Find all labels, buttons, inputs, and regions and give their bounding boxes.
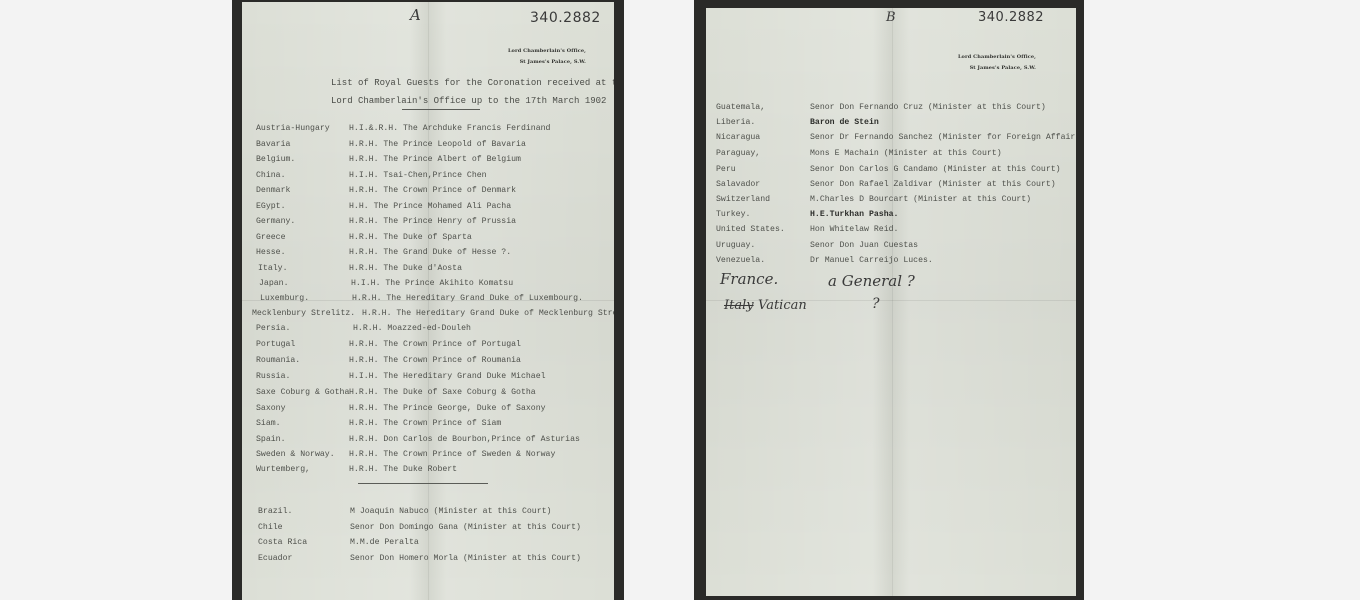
handwritten-general-note: a General ? [828, 272, 915, 290]
guest: H.R.H. The Duke of Sparta [349, 232, 472, 244]
country: Wurtemberg, [256, 464, 310, 476]
country: Nicaragua [716, 132, 760, 144]
guest: H.R.H. The Hereditary Grand Duke of Meck… [362, 308, 614, 320]
country: Roumania. [256, 355, 300, 367]
guest: H.R.H. The Crown Prince of Denmark [349, 185, 516, 197]
country: Luxemburg. [260, 293, 309, 305]
country: Mecklenbury Strelitz. [252, 308, 355, 320]
guest: H.R.H. The Crown Prince of Roumania [349, 355, 521, 367]
country: Brazil. [258, 506, 292, 518]
guest: Senor Don Carlos G Candamo (Minister at … [810, 164, 1061, 176]
country: Hesse. [256, 247, 285, 259]
guest: Senor Don Domingo Gana (Minister at this… [350, 522, 581, 534]
guest: H.R.H. The Prince Henry of Prussia [349, 216, 516, 228]
guest: H.H. The Prince Mohamed Ali Pacha [349, 201, 511, 213]
country: United States. [716, 224, 785, 236]
handwritten-vatican: Vatican [758, 298, 807, 313]
guest: H.R.H. The Crown Prince of Siam [349, 418, 501, 430]
guest: H.I.H. The Prince Akihito Komatsu [351, 278, 513, 290]
page-a: A 340.2882 Lord Chamberlain's Office, St… [242, 2, 614, 600]
guest: M.M.de Peralta [350, 537, 419, 549]
letterhead-line1: Lord Chamberlain's Office, [958, 52, 1036, 63]
guest: H.R.H. The Crown Prince of Portugal [349, 339, 521, 351]
country: Peru [716, 164, 736, 176]
handwritten-struck-italy: Italy [724, 298, 754, 313]
guest: H.R.H. The Prince George, Duke of Saxony [349, 403, 546, 415]
country: Chile [258, 522, 283, 534]
country: Turkey. [716, 209, 750, 221]
guest: H.R.H. The Duke of Saxe Coburg & Gotha [349, 387, 536, 399]
guest: Baron de Stein [810, 117, 879, 129]
guest: H.R.H. The Prince Leopold of Bavaria [349, 139, 526, 151]
page-b: B 340.2882 Lord Chamberlain's Office, St… [706, 8, 1076, 596]
country: Belgium. [256, 154, 295, 166]
guest: Hon Whitelaw Reid. [810, 224, 898, 236]
guest: H.R.H. The Duke Robert [349, 464, 457, 476]
guest: H.E.Turkhan Pasha. [810, 209, 898, 221]
document-viewer: A 340.2882 Lord Chamberlain's Office, St… [0, 0, 1360, 600]
guest: Senor Dr Fernando Sanchez (Minister for … [810, 132, 1076, 144]
guest: H.R.H. The Crown Prince of Sweden & Norw… [349, 449, 555, 461]
guest: Senor Don Rafael Zaldivar (Minister at t… [810, 179, 1056, 191]
country: Austria-Hungary [256, 123, 330, 135]
handwritten-question: ? [872, 296, 880, 312]
country: Germany. [256, 216, 295, 228]
guest: Senor Don Homero Morla (Minister at this… [350, 553, 581, 565]
guest: Mons E Machain (Minister at this Court) [810, 148, 1002, 160]
guest: H.I.&.R.H. The Archduke Francis Ferdinan… [349, 123, 550, 135]
guest: H.I.H. The Hereditary Grand Duke Michael [349, 371, 546, 383]
country: China. [256, 170, 285, 182]
country: Persia. [256, 323, 290, 335]
guest: H.R.H. Don Carlos de Bourbon,Prince of A… [349, 434, 580, 446]
fold-line [892, 8, 893, 596]
country: Salavador [716, 179, 760, 191]
country: Paraguay, [716, 148, 760, 160]
guest: M Joaquin Nabuco (Minister at this Court… [350, 506, 551, 518]
country: Saxony [256, 403, 285, 415]
guest: M.Charles D Bourcart (Minister at this C… [810, 194, 1031, 206]
country: Denmark [256, 185, 290, 197]
country: Siam. [256, 418, 281, 430]
guest: H.R.H. The Prince Albert of Belgium [349, 154, 521, 166]
guest: H.R.H. The Duke d'Aosta [349, 263, 462, 275]
section-divider [358, 483, 488, 484]
letterhead-line1: Lord Chamberlain's Office, [508, 46, 586, 57]
reference-number: 340.2882 [978, 10, 1044, 25]
country: Ecuador [258, 553, 292, 565]
guest: H.R.H. The Grand Duke of Hesse ?. [349, 247, 511, 259]
country: Uruguay. [716, 240, 755, 252]
handwritten-france: France. [720, 270, 778, 288]
country: Costa Rica [258, 537, 307, 549]
country: Greece [256, 232, 285, 244]
country: Liberia. [716, 117, 755, 129]
letterhead-line2: St James's Palace, S.W. [508, 57, 586, 68]
page-label: B [886, 10, 896, 25]
country: Spain. [256, 434, 285, 446]
country: EGypt. [256, 201, 285, 213]
guest: H.I.H. Tsai-Chen,Prince Chen [349, 170, 487, 182]
page-label: A [410, 6, 421, 24]
document-title-line1: List of Royal Guests for the Coronation … [331, 74, 614, 92]
country: Bavaria [256, 139, 290, 151]
reference-number: 340.2882 [530, 10, 601, 26]
document-title-line2: Lord Chamberlain's Office up to the 17th… [331, 92, 606, 110]
country: Sweden & Norway. [256, 449, 335, 461]
guest: Senor Don Fernando Cruz (Minister at thi… [810, 102, 1046, 114]
letterhead: Lord Chamberlain's Office, St James's Pa… [508, 46, 586, 68]
guest: Senor Don Juan Cuestas [810, 240, 918, 252]
guest: H.R.H. The Hereditary Grand Duke of Luxe… [352, 293, 583, 305]
country: Guatemala, [716, 102, 765, 114]
country: Italy. [258, 263, 287, 275]
letterhead: Lord Chamberlain's Office, St James's Pa… [958, 52, 1036, 74]
country: Portugal [256, 339, 295, 351]
title-underline [402, 109, 480, 110]
country: Russia. [256, 371, 290, 383]
country: Switzerland [716, 194, 770, 206]
guest: H.R.H. Moazzed-ed-Douleh [353, 323, 471, 335]
country: Japan. [259, 278, 288, 290]
letterhead-line2: St James's Palace, S.W. [958, 63, 1036, 74]
country: Saxe Coburg & Gotha [256, 387, 349, 399]
country: Venezuela. [716, 255, 765, 267]
guest: Dr Manuel Carreijo Luces. [810, 255, 933, 267]
